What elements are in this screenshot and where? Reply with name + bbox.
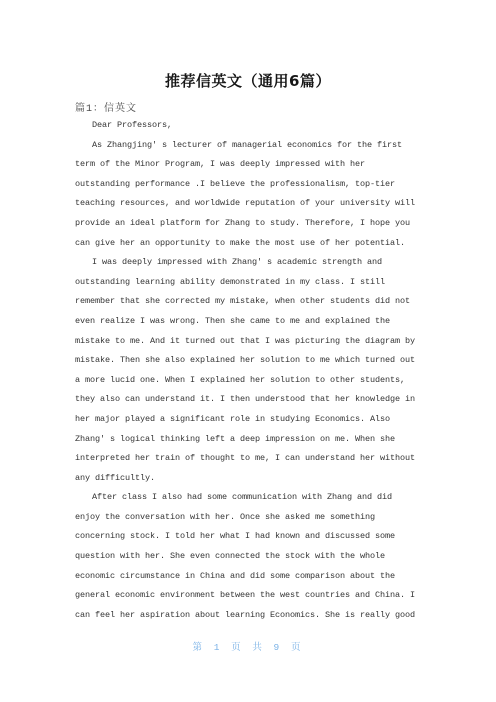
text-line: After class I also had some communicatio… [75,488,435,508]
text-line: concerning stock. I told her what I had … [75,527,435,547]
text-line: question with her. She even connected th… [75,547,435,567]
text-line: Zhang' s logical thinking left a deep im… [75,430,435,450]
text-line: I was deeply impressed with Zhang' s aca… [75,253,435,273]
text-line: interpreted her train of thought to me, … [75,449,435,469]
text-line: provide an ideal platform for Zhang to s… [75,214,435,234]
text-line: can give her an opportunity to make the … [75,234,435,254]
page-number-footer: 第 1 页 共 9 页 [0,639,496,653]
letter-body: Dear Professors, As Zhangjing' s lecture… [75,116,435,625]
paragraph-academic: I was deeply impressed with Zhang' s aca… [75,253,435,488]
text-line: even realize I was wrong. Then she came … [75,312,435,332]
text-line: general economic environment between the… [75,586,435,606]
text-line: they also can understand it. I then unde… [75,390,435,410]
text-line: remember that she corrected my mistake, … [75,292,435,312]
text-line: teaching resources, and worldwide reputa… [75,194,435,214]
section-label: 篇1：信英文 [75,99,137,115]
text-line: enjoy the conversation with her. Once sh… [75,508,435,528]
document-page: 推荐信英文（通用6篇） 篇1：信英文 Dear Professors, As Z… [0,0,496,702]
text-line: Dear Professors, [75,116,435,136]
text-line: term of the Minor Program, I was deeply … [75,155,435,175]
text-line: outstanding learning ability demonstrate… [75,273,435,293]
paragraph-salutation: Dear Professors, [75,116,435,136]
document-title: 推荐信英文（通用6篇） [0,70,496,91]
text-line: mistake. Then she also explained her sol… [75,351,435,371]
paragraph-conversation: After class I also had some communicatio… [75,488,435,625]
text-line: As Zhangjing' s lecturer of managerial e… [75,136,435,156]
text-line: her major played a significant role in s… [75,410,435,430]
text-line: a more lucid one. When I explained her s… [75,371,435,391]
text-line: any difficultly. [75,469,435,489]
paragraph-intro: As Zhangjing' s lecturer of managerial e… [75,136,435,254]
text-line: can feel her aspiration about learning E… [75,606,435,626]
text-line: economic circumstance in China and did s… [75,567,435,587]
text-line: mistake to me. And it turned out that I … [75,332,435,352]
text-line: outstanding performance .I believe the p… [75,175,435,195]
